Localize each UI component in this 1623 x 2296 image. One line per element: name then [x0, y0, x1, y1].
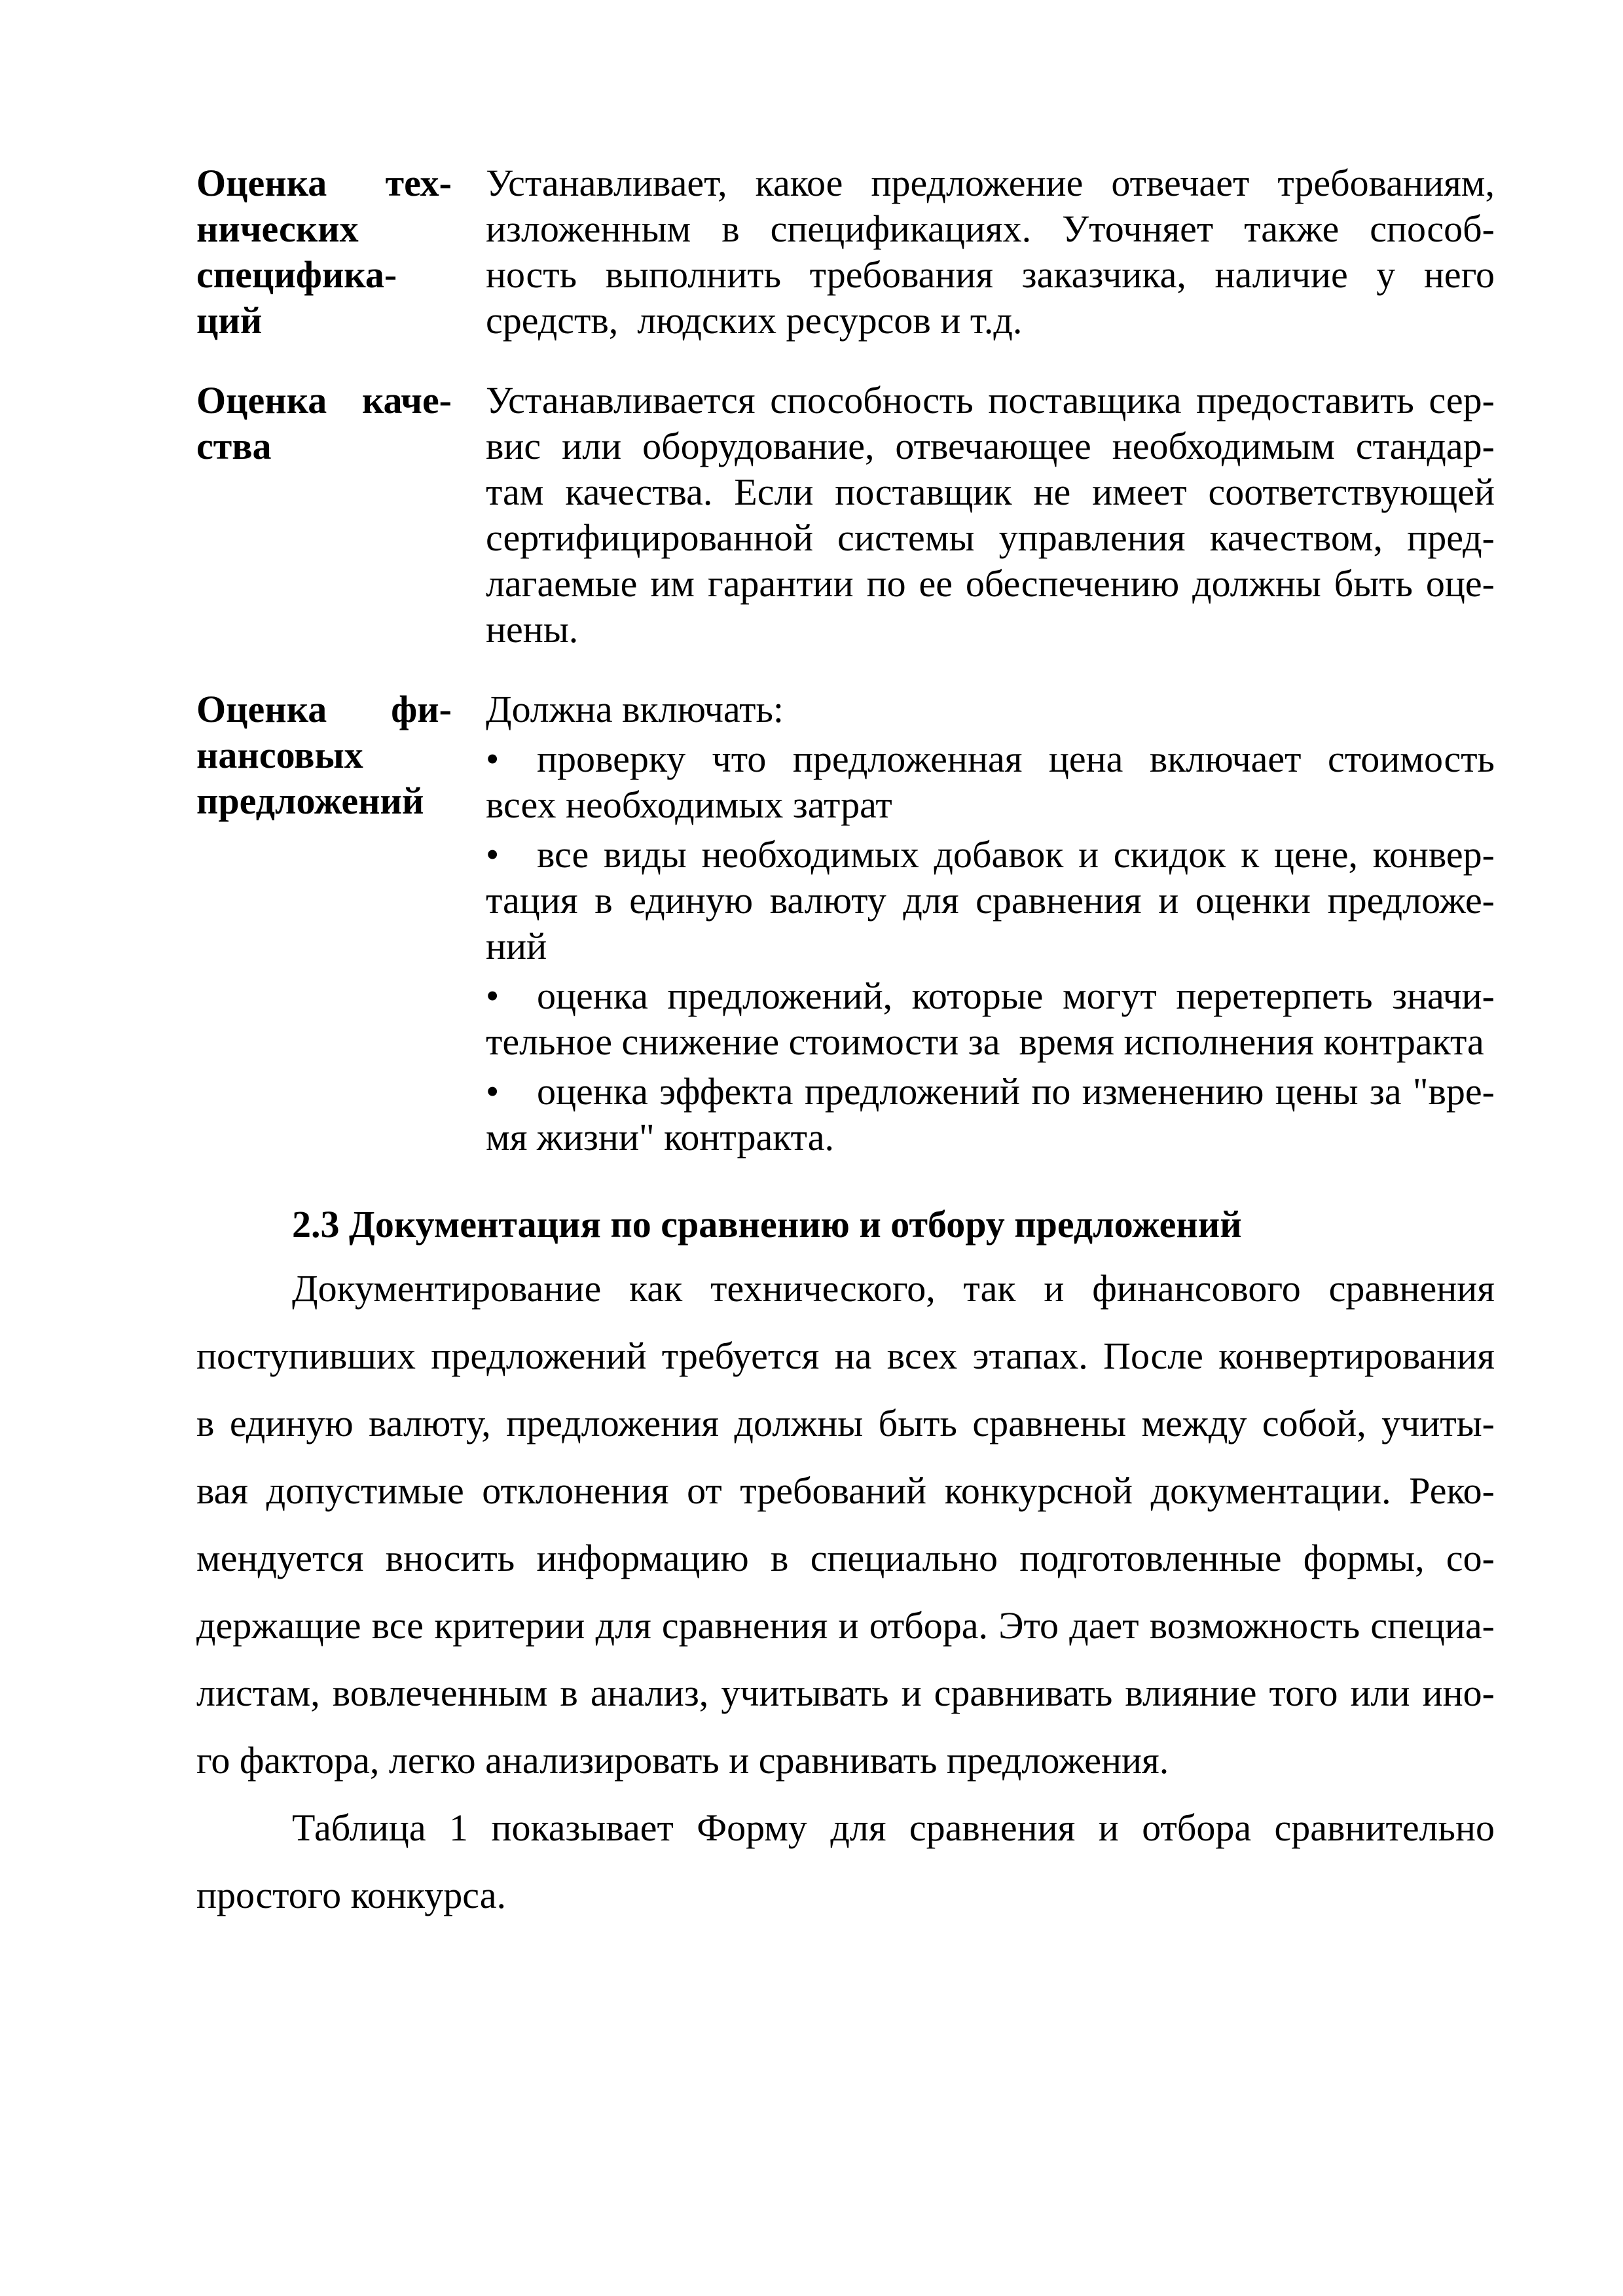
bullet-text: оценка предложений, которые могут перете…: [537, 975, 1495, 1017]
paragraph-line: вая допустимые отклонения от требований …: [196, 1457, 1495, 1524]
definition-row: Оценка фи- нансовых предложений Должна в…: [196, 687, 1495, 1160]
term-line: специфика-: [196, 252, 452, 298]
document-page: Оценка тех- нических специфика- ций Уста…: [0, 0, 1623, 2296]
column-gap: [452, 378, 486, 653]
bullet-line: •проверку что предложенная цена включает…: [486, 736, 1495, 782]
paragraph-line: поступивших предложений требуется на все…: [196, 1322, 1495, 1390]
description-line: там качества. Если поставщик не имеет со…: [486, 469, 1495, 515]
term-line: нансовых: [196, 732, 452, 778]
bullet-line: всех необходимых затрат: [486, 782, 1495, 828]
paragraph-line: мендуется вносить информацию в специальн…: [196, 1524, 1495, 1592]
term-line: Оценка каче-: [196, 378, 452, 423]
term-line: предложений: [196, 778, 452, 824]
bullet-line: •оценка предложений, которые могут перет…: [486, 973, 1495, 1019]
paragraph-line: листам, вовлеченным в анализ, учитывать …: [196, 1659, 1495, 1727]
term-line: ства: [196, 423, 452, 469]
bullet-icon: •: [486, 832, 537, 878]
description-line: вис или оборудование, отвечающее необход…: [486, 423, 1495, 469]
bullet-text: оценка эффекта предложений по изменению …: [537, 1070, 1495, 1113]
paragraph-line: в единую валюту, предложения должны быть…: [196, 1390, 1495, 1457]
term-cell: Оценка каче- ства: [196, 378, 452, 653]
bullet-line: мя жизни" контракта.: [486, 1115, 1495, 1160]
description-line: средств, людских ресурсов и т.д.: [486, 298, 1495, 344]
term-line: Оценка тех-: [196, 160, 452, 206]
paragraph-line: Документирование как технического, так и…: [196, 1255, 1495, 1322]
bullet-item: •оценка предложений, которые могут перет…: [486, 973, 1495, 1065]
term-cell: Оценка фи- нансовых предложений: [196, 687, 452, 1160]
description-line: сертифицированной системы управления кач…: [486, 515, 1495, 561]
section-heading: 2.3 Документация по сравнению и отбору п…: [196, 1194, 1495, 1255]
paragraph-line: Таблица 1 показывает Форму для сравнения…: [196, 1794, 1495, 1861]
bullet-line: •все виды необходимых добавок и скидок к…: [486, 832, 1495, 878]
term-cell: Оценка тех- нических специфика- ций: [196, 160, 452, 344]
description-line: Устанавливает, какое предложение отвечае…: [486, 160, 1495, 206]
bullet-item: •все виды необходимых добавок и скидок к…: [486, 832, 1495, 969]
paragraph-line: го фактора, легко анализировать и сравни…: [196, 1727, 1495, 1794]
body-paragraph: Документирование как технического, так и…: [196, 1255, 1495, 1794]
definition-row: Оценка тех- нических специфика- ций Уста…: [196, 160, 1495, 344]
bullet-item: •проверку что предложенная цена включает…: [486, 736, 1495, 828]
bullet-icon: •: [486, 973, 537, 1019]
description-line: Должна включать:: [486, 687, 1495, 732]
bullet-icon: •: [486, 1069, 537, 1115]
bullet-text: все виды необходимых добавок и скидок к …: [537, 833, 1495, 876]
description-line: изложенным в спецификациях. Уточняет так…: [486, 206, 1495, 252]
bullet-line: тация в единую валюту для сравнения и оц…: [486, 878, 1495, 924]
paragraph-line: простого конкурса.: [196, 1861, 1495, 1929]
bullet-line: тельное снижение стоимости за время испо…: [486, 1019, 1495, 1065]
description-line: нены.: [486, 607, 1495, 653]
body-paragraph: Таблица 1 показывает Форму для сравнения…: [196, 1794, 1495, 1929]
bullet-line: •оценка эффекта предложений по изменению…: [486, 1069, 1495, 1115]
definition-row: Оценка каче- ства Устанавливается способ…: [196, 378, 1495, 653]
bullet-line: ний: [486, 924, 1495, 969]
term-line: Оценка фи-: [196, 687, 452, 732]
paragraph-line: держащие все критерии для сравнения и от…: [196, 1592, 1495, 1659]
bullet-item: •оценка эффекта предложений по изменению…: [486, 1069, 1495, 1160]
term-line: ций: [196, 298, 452, 344]
description-cell: Должна включать: •проверку что предложен…: [486, 687, 1495, 1160]
column-gap: [452, 687, 486, 1160]
description-line: лагаемые им гарантии по ее обеспечению д…: [486, 561, 1495, 607]
description-cell: Устанавливает, какое предложение отвечае…: [486, 160, 1495, 344]
description-line: ность выполнить требования заказчика, на…: [486, 252, 1495, 298]
description-line: Устанавливается способность поставщика п…: [486, 378, 1495, 423]
bullet-text: проверку что предложенная цена включает …: [537, 738, 1495, 780]
bullet-icon: •: [486, 736, 537, 782]
term-line: нических: [196, 206, 452, 252]
description-cell: Устанавливается способность поставщика п…: [486, 378, 1495, 653]
column-gap: [452, 160, 486, 344]
